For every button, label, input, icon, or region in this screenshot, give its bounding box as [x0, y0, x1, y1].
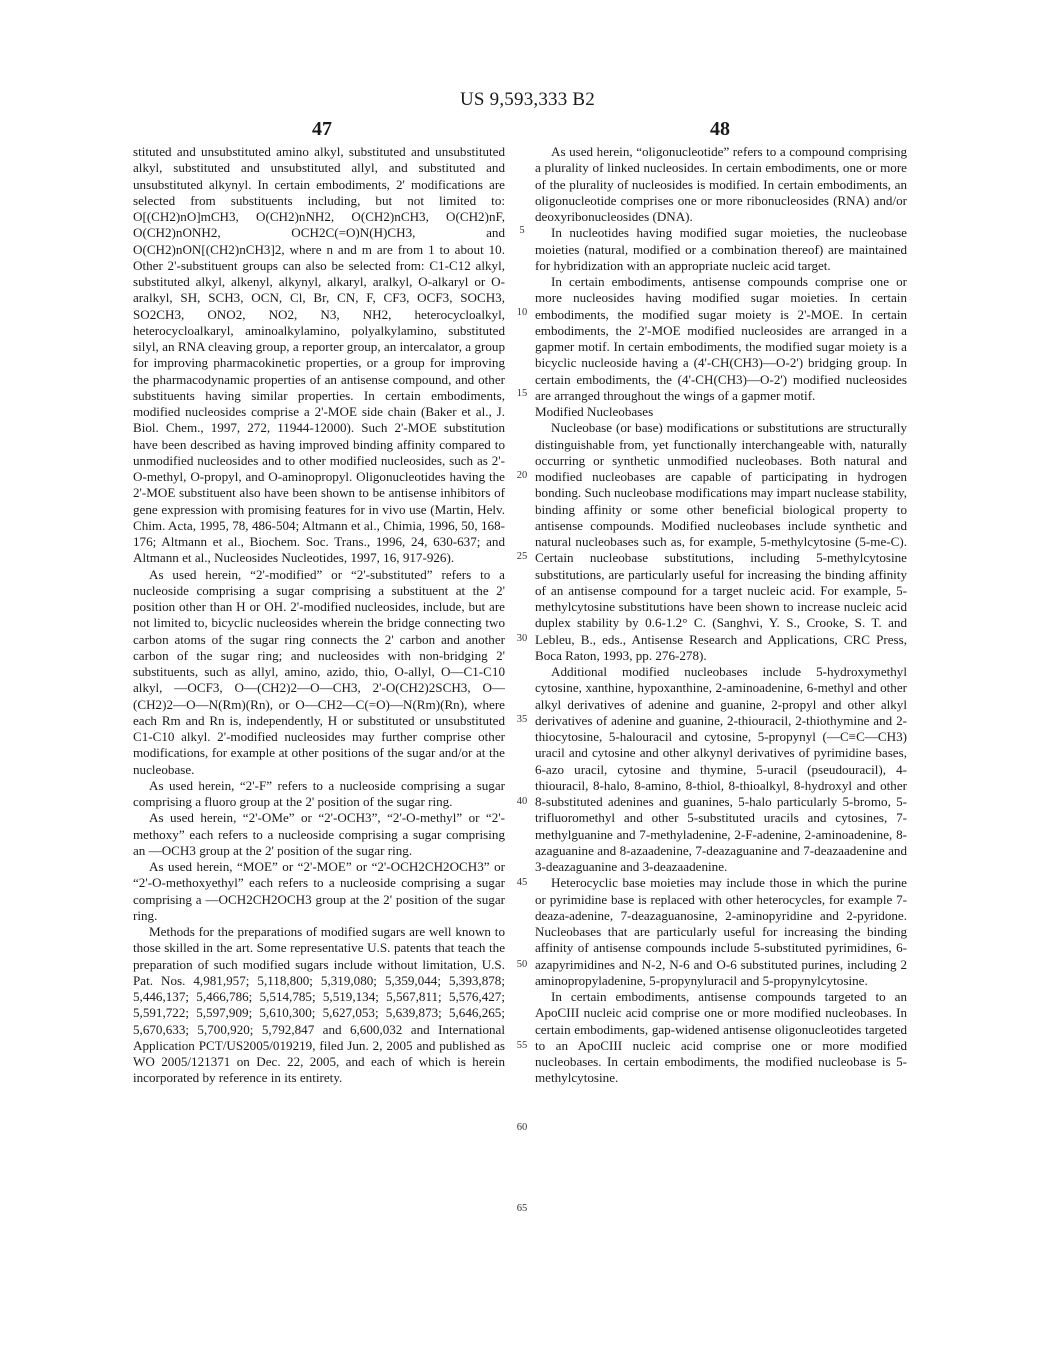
- right-column-number: 48: [710, 118, 730, 141]
- line-number: 50: [512, 959, 532, 970]
- line-number: 60: [512, 1122, 532, 1133]
- line-number: 45: [512, 877, 532, 888]
- patent-number: US 9,593,333 B2: [0, 89, 1055, 111]
- line-number: 40: [512, 796, 532, 807]
- line-number: 5: [512, 225, 532, 236]
- right-column: As used herein, “oligonucleotide” refers…: [535, 144, 907, 1087]
- paragraph: Methods for the preparations of modified…: [133, 924, 505, 1087]
- paragraph: In certain embodiments, antisense compou…: [535, 989, 907, 1087]
- paragraph: In nucleotides having modified sugar moi…: [535, 225, 907, 274]
- line-number: 30: [512, 633, 532, 644]
- line-number: 10: [512, 307, 532, 318]
- paragraph: Nucleobase (or base) modifications or su…: [535, 420, 907, 664]
- paragraph: Heterocyclic base moieties may include t…: [535, 875, 907, 989]
- paragraph: As used herein, “2'-F” refers to a nucle…: [133, 778, 505, 811]
- paragraph: In certain embodiments, antisense compou…: [535, 274, 907, 404]
- paragraph: As used herein, “2'-modified” or “2'-sub…: [133, 567, 505, 778]
- line-number: 35: [512, 714, 532, 725]
- line-number: 20: [512, 470, 532, 481]
- paragraph: As used herein, “oligonucleotide” refers…: [535, 144, 907, 225]
- left-column-number: 47: [312, 118, 332, 141]
- line-number: 65: [512, 1203, 532, 1214]
- line-number: 25: [512, 551, 532, 562]
- line-number: 15: [512, 388, 532, 399]
- paragraph: stituted and unsubstituted amino alkyl, …: [133, 144, 505, 567]
- paragraph: As used herein, “2'-OMe” or “2'-OCH3”, “…: [133, 810, 505, 859]
- section-heading: Modified Nucleobases: [535, 404, 907, 420]
- paragraph: As used herein, “MOE” or “2'-MOE” or “2'…: [133, 859, 505, 924]
- line-number: 55: [512, 1040, 532, 1051]
- left-column: stituted and unsubstituted amino alkyl, …: [133, 144, 505, 1087]
- paragraph: Additional modified nucleobases include …: [535, 664, 907, 875]
